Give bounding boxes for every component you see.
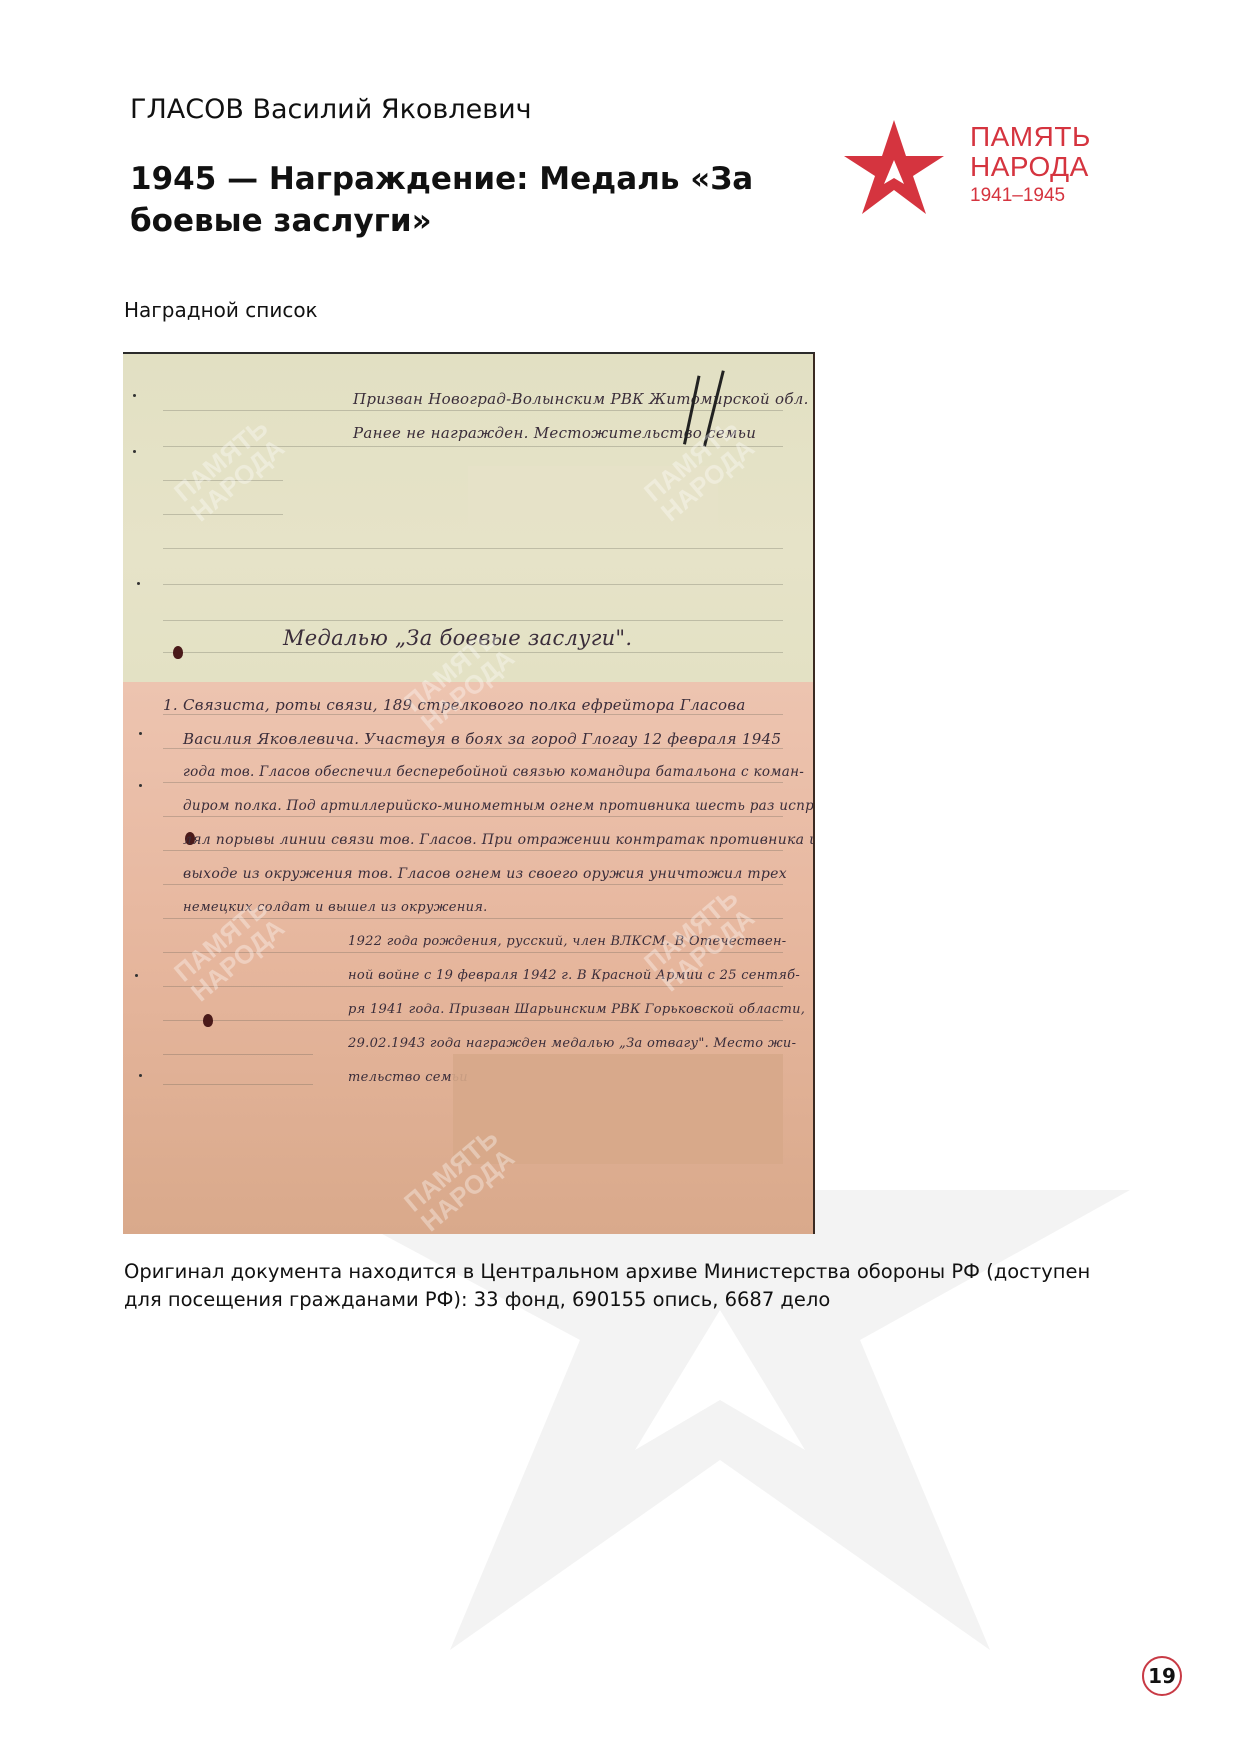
archive-note: Оригинал документа находится в Центральн… — [124, 1258, 1124, 1314]
handwriting-line: ной войне с 19 февраля 1942 г. В Красной… — [348, 968, 800, 983]
page-number: 19 — [1142, 1656, 1182, 1696]
handwriting-line: 29.02.1943 года награжден медалью „За от… — [348, 1036, 796, 1051]
handwriting-line: выходе из окружения тов. Гласов огнем из… — [183, 866, 787, 882]
document-caption: Наградной список — [124, 298, 318, 322]
handwriting-line: диром полка. Под артиллерийско-минометны… — [183, 798, 815, 814]
handwriting-line: тельство семьи — [348, 1070, 468, 1085]
logo-line-2: НАРОДА — [970, 152, 1091, 182]
pamyat-naroda-logo: ПАМЯТЬ НАРОДА 1941–1945 — [840, 112, 1140, 222]
logo-line-1: ПАМЯТЬ — [970, 122, 1091, 152]
handwriting-line: лял порывы линии связи тов. Гласов. При … — [183, 832, 815, 848]
person-name: ГЛАСОВ Василий Яковлевич — [130, 94, 532, 125]
award-document-scan: Призван Новоград-Волынским РВК Житомирск… — [123, 352, 815, 1234]
handwriting-line: ря 1941 года. Призван Шарьинским РВК Гор… — [348, 1002, 805, 1017]
logo-text: ПАМЯТЬ НАРОДА 1941–1945 — [970, 122, 1091, 210]
page-title: 1945 — Награждение: Медаль «За боевые за… — [130, 158, 780, 242]
red-star-icon — [840, 116, 948, 216]
logo-years: 1941–1945 — [970, 182, 1091, 210]
handwriting-line: года тов. Гласов обеспечил бесперебойной… — [183, 764, 804, 780]
handwriting-line: Призван Новоград-Волынским РВК Житомирск… — [353, 390, 809, 408]
handwriting-line: Василия Яковлевича. Участвуя в боях за г… — [183, 730, 781, 748]
